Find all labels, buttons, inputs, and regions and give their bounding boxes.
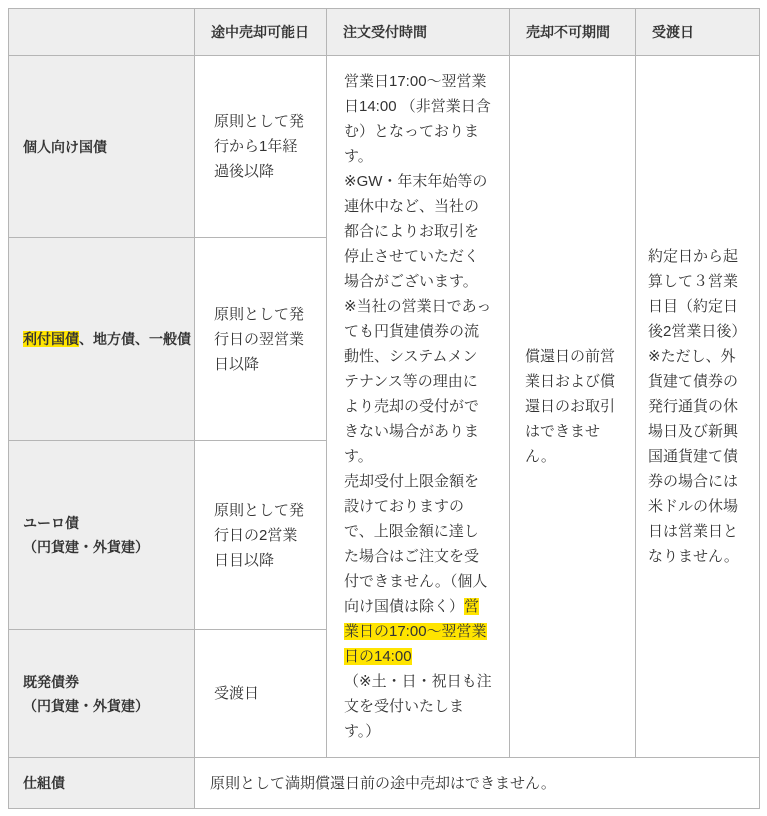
header-cell-order-time: 注文受付時間 xyxy=(327,9,510,56)
text-segment: 営業日17:00〜翌営業日14:00 （非営業日含む）となっております。 xyxy=(344,73,491,165)
text-segment: （※土・日・祝日も注文を受付いたします。） xyxy=(344,673,492,740)
row-structured-bonds: 仕組債 原則として満期償還日前の途中売却はできません。 xyxy=(9,758,760,809)
highlighted-text: 利付国債 xyxy=(23,331,79,347)
cell-resale-jgb-individual: 原則として発行から1年経過後以降 xyxy=(195,56,327,238)
row-jgb-individual: 個人向け国債 原則として発行から1年経過後以降 営業日17:00〜翌営業日14:… xyxy=(9,56,760,238)
bond-trading-rules-table: 途中売却可能日 注文受付時間 売却不可期間 受渡日 個人向け国債 原則として発行… xyxy=(8,8,760,809)
row-header-jgb-individual: 個人向け国債 xyxy=(9,56,195,238)
cell-structured-bonds-note: 原則として満期償還日前の途中売却はできません。 xyxy=(195,758,760,809)
header-cell-no-sale-period: 売却不可期間 xyxy=(510,9,636,56)
row-header-coupon-bonds: 利付国債、地方債、一般債 xyxy=(9,238,195,441)
header-cell-resale-date: 途中売却可能日 xyxy=(195,9,327,56)
text-segment: ※当社の営業日であっても円貨建債券の流動性、システムメンテナンス等の理由により売… xyxy=(344,298,491,465)
row-header-structured-bonds: 仕組債 xyxy=(9,758,195,809)
row-header-euro-bonds: ユーロ債 （円貨建・外貨建） xyxy=(9,441,195,630)
text-segment: 売却受付上限金額を設けておりますので、上限金額に達した場合はご注文を受付できませ… xyxy=(344,473,487,615)
cell-resale-coupon-bonds: 原則として発行日の翌営業日以降 xyxy=(195,238,327,441)
text-segment: 、地方債、一般債 xyxy=(79,331,191,347)
header-cell-blank xyxy=(9,9,195,56)
cell-order-time: 営業日17:00〜翌営業日14:00 （非営業日含む）となっております。※GW・… xyxy=(327,56,510,758)
cell-resale-euro-bonds: 原則として発行日の2営業日目以降 xyxy=(195,441,327,630)
header-cell-delivery-date: 受渡日 xyxy=(636,9,760,56)
row-header-issued-bonds: 既発債券 （円貨建・外貨建） xyxy=(9,630,195,758)
cell-delivery-date: 約定日から起算して３営業日目（約定日後2営業日後） ※ただし、外貨建て債券の発行… xyxy=(636,56,760,758)
cell-resale-issued-bonds: 受渡日 xyxy=(195,630,327,758)
header-row: 途中売却可能日 注文受付時間 売却不可期間 受渡日 xyxy=(9,9,760,56)
cell-no-sale-period: 償還日の前営業日および償還日のお取引はできません。 xyxy=(510,56,636,758)
text-segment: ※GW・年末年始等の連休中など、当社の都合によりお取引を停止させていただく場合が… xyxy=(344,173,487,290)
